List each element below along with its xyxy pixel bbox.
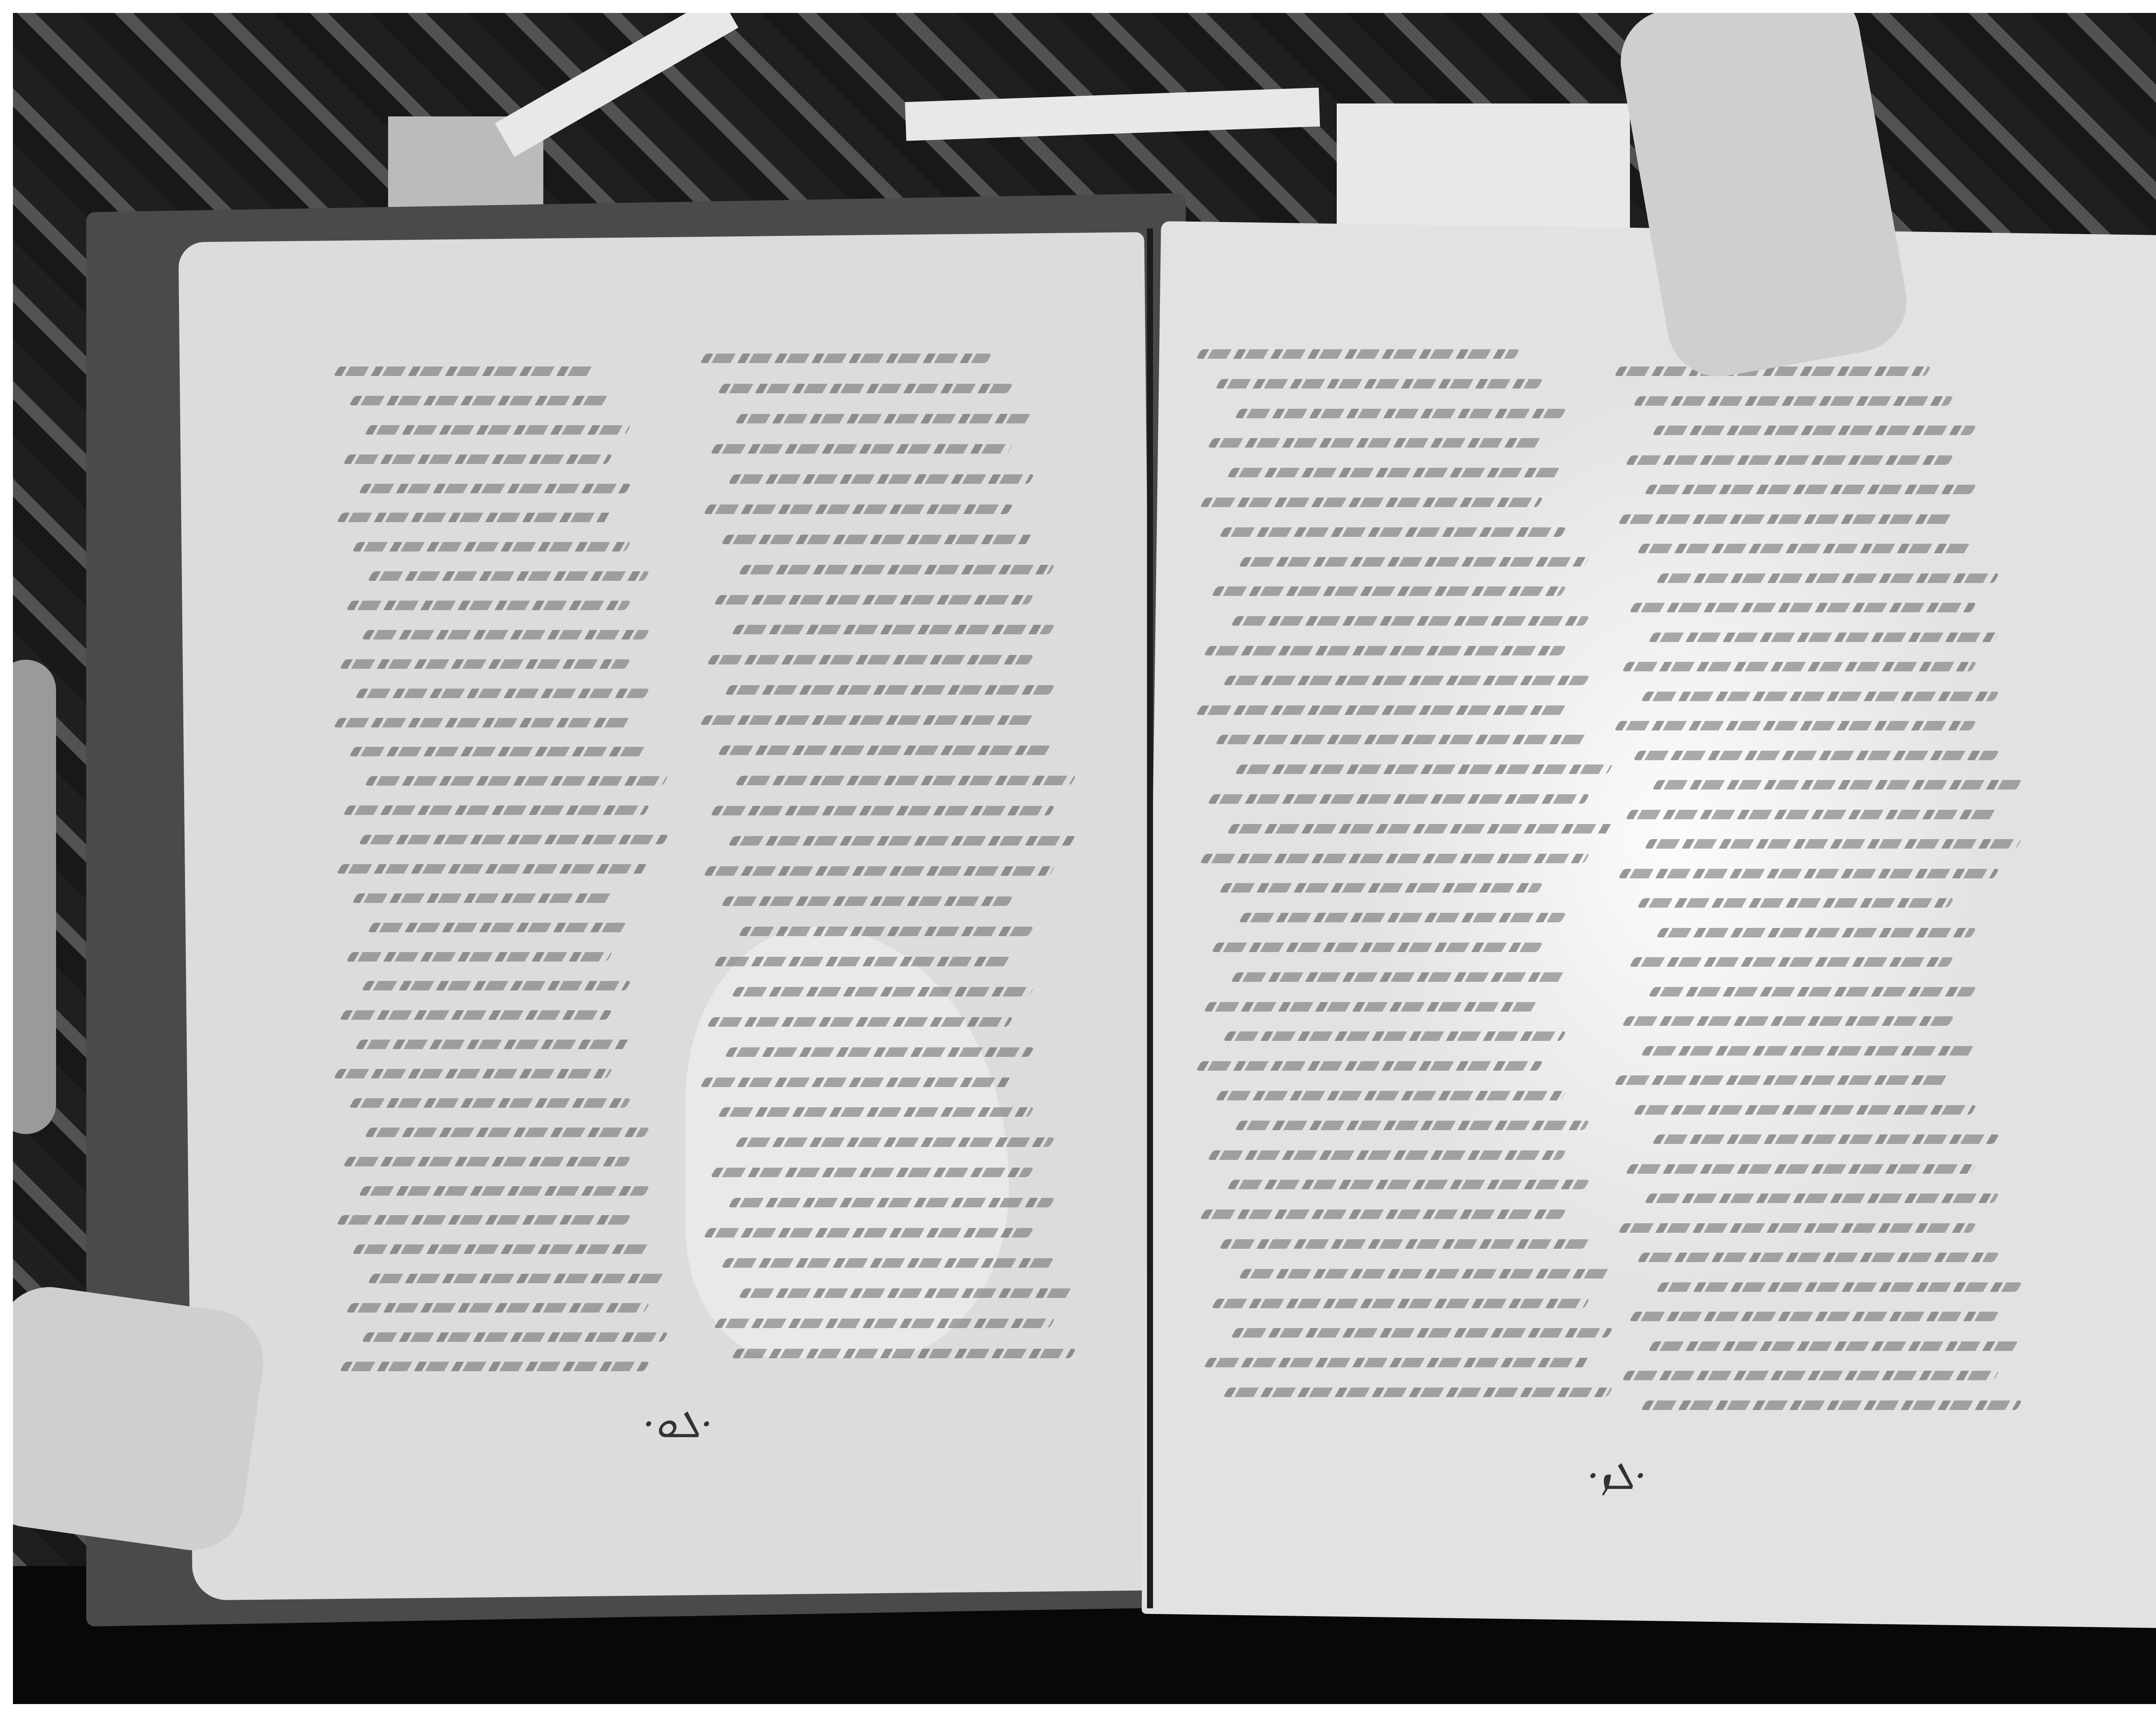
handwritten-line [700, 715, 1034, 725]
handwritten-line [735, 776, 1076, 785]
handwritten-line [724, 1047, 1034, 1057]
handwritten-line [349, 747, 650, 756]
handwritten-line [1633, 396, 1954, 406]
handwritten-line [700, 1078, 1013, 1087]
handwritten-line [1212, 943, 1543, 952]
handwritten-line [349, 396, 612, 405]
handwritten-line [1235, 1121, 1590, 1130]
handwritten-line [368, 571, 649, 581]
handwritten-line [361, 1332, 668, 1342]
handwritten-line [1223, 1388, 1613, 1397]
handwritten-line [732, 1349, 1076, 1358]
handwritten-line [1652, 780, 2022, 790]
handwritten-line [1212, 586, 1567, 596]
handwritten-line [1645, 839, 2022, 849]
handwritten-line [1626, 810, 1999, 819]
handwritten-line [1200, 1209, 1567, 1219]
handwritten-line [704, 866, 1055, 876]
handwritten-line [337, 864, 649, 874]
handwritten-line [1200, 854, 1590, 863]
handwritten-line [732, 987, 1034, 996]
handwritten-line [1641, 1046, 1976, 1056]
handwritten-line [1196, 705, 1567, 715]
handwritten-line [1231, 972, 1567, 982]
handwritten-line [1637, 1253, 1999, 1262]
handwritten-line [700, 354, 992, 363]
left-folio-mark: ·ܠܘ· [642, 1401, 713, 1447]
handwritten-line [711, 806, 1055, 815]
handwritten-line [1656, 928, 1976, 937]
handwritten-line [346, 1303, 649, 1313]
handwritten-line [1637, 544, 1976, 553]
handwritten-line [1208, 1150, 1567, 1160]
handwritten-line [1219, 1239, 1590, 1249]
handwritten-line [1633, 1105, 1977, 1115]
handwritten-line [1231, 1328, 1613, 1338]
right-folio-mark: ·ܠܙ· [1587, 1453, 1647, 1499]
left-page-column-1 [336, 367, 647, 1371]
handwritten-line [358, 1186, 649, 1196]
handwritten-line [1648, 633, 1999, 642]
handwritten-line [704, 504, 1013, 514]
handwritten-line [1648, 1341, 2022, 1351]
handwritten-line [1235, 409, 1567, 418]
handwritten-line [711, 1168, 1034, 1177]
handwritten-line [361, 981, 631, 990]
left-page-column-2 [703, 354, 1052, 1358]
handwritten-line [337, 1215, 631, 1225]
handwritten-line [1652, 426, 1977, 435]
handwritten-line [1204, 646, 1567, 655]
handwritten-line [1618, 869, 1999, 878]
hand-bottom-left [13, 1281, 270, 1557]
handwritten-line [352, 893, 612, 903]
handwritten-line [343, 805, 649, 815]
handwritten-line [358, 835, 668, 844]
handwritten-line [707, 655, 1034, 664]
book-gutter [1147, 229, 1153, 1608]
handwritten-line [1223, 1031, 1567, 1041]
handwritten-line [1633, 751, 1999, 760]
handwritten-line [365, 425, 631, 435]
handwritten-line [1216, 1091, 1567, 1100]
handwritten-line [728, 1198, 1055, 1207]
handwritten-line [1196, 1061, 1543, 1071]
handwritten-line [724, 685, 1055, 695]
handwritten-line [1641, 1401, 2022, 1410]
handwritten-line [346, 952, 612, 962]
handwritten-line [340, 659, 631, 669]
handwritten-line [337, 513, 612, 522]
handwritten-line [343, 1157, 631, 1166]
handwritten-line [1223, 676, 1590, 685]
handwritten-line [721, 896, 1013, 906]
handwritten-line [1227, 824, 1613, 833]
handwritten-line [1630, 603, 1977, 612]
handwritten-line [1216, 379, 1543, 389]
handwritten-line [340, 1362, 649, 1371]
handwritten-line [1614, 721, 1977, 730]
handwritten-line [1656, 573, 1999, 583]
handwritten-line [721, 1258, 1055, 1268]
handwritten-line [704, 1228, 1034, 1238]
handwritten-line [1227, 468, 1567, 477]
handwritten-line [1239, 913, 1567, 922]
handwritten-line [1630, 957, 1954, 967]
handwritten-line [718, 1107, 1034, 1117]
handwritten-line [1231, 616, 1590, 626]
handwritten-line [352, 1244, 649, 1254]
handwritten-line [1626, 1164, 1976, 1174]
handwritten-line [714, 1319, 1055, 1328]
handwritten-line [1645, 1194, 1999, 1203]
handwritten-line [355, 1040, 631, 1049]
handwritten-line [1219, 883, 1543, 893]
handwritten-line [735, 1137, 1055, 1147]
handwritten-line [1204, 1002, 1543, 1012]
handwritten-line [732, 625, 1055, 634]
handwritten-line [1227, 1180, 1590, 1189]
handwritten-line [1196, 349, 1520, 359]
handwritten-line [343, 454, 612, 464]
handwritten-line [1235, 765, 1613, 774]
handwritten-line [1614, 1075, 1954, 1085]
handwritten-line [1208, 438, 1543, 448]
handwritten-line [721, 535, 1034, 544]
handwritten-line [358, 484, 631, 493]
right-page-column-2 [1617, 367, 1996, 1410]
handwritten-line [1652, 1134, 1999, 1144]
photo-frame: ·ܠܘ· ·ܠܙ· [13, 13, 2156, 1704]
handwritten-line [1618, 1223, 1976, 1233]
handwritten-line [334, 367, 594, 376]
handwritten-line [735, 414, 1034, 423]
handwritten-line [1204, 1358, 1590, 1367]
handwritten-line [718, 746, 1055, 755]
handwritten-line [707, 1017, 1013, 1027]
handwritten-line [1622, 1016, 1953, 1026]
handwritten-line [718, 384, 1013, 393]
handwritten-line [368, 1274, 668, 1283]
right-page-column-1 [1199, 349, 1587, 1397]
handwritten-line [1641, 692, 1999, 701]
handwritten-line [728, 836, 1075, 846]
handwritten-line [1645, 485, 1976, 494]
handwritten-line [368, 923, 631, 932]
handwritten-line [1622, 1371, 1999, 1380]
handwritten-line [1239, 1269, 1613, 1278]
handwritten-line [1200, 498, 1543, 507]
handwritten-line [1216, 735, 1590, 744]
handwritten-line [1219, 527, 1567, 537]
handwritten-line [334, 1069, 612, 1078]
handwritten-line [1614, 367, 1931, 376]
handwritten-line [334, 718, 631, 727]
handwritten-line [1618, 514, 1953, 524]
hand-left-edge [13, 660, 56, 1134]
handwritten-line [1656, 1282, 2022, 1292]
handwritten-line [365, 776, 668, 786]
handwritten-line [1239, 557, 1590, 567]
handwritten-line [739, 1288, 1076, 1298]
handwritten-line [739, 565, 1055, 574]
handwritten-line [355, 689, 649, 698]
handwritten-line [728, 474, 1034, 484]
handwritten-line [1648, 987, 1977, 996]
handwritten-line [739, 927, 1034, 936]
handwritten-line [1626, 455, 1954, 465]
handwritten-line [361, 630, 649, 639]
handwritten-line [1637, 898, 1953, 908]
handwritten-line [365, 1128, 650, 1137]
handwritten-line [346, 601, 631, 610]
handwritten-line [711, 444, 1013, 454]
handwritten-line [352, 542, 631, 551]
handwritten-line [340, 1010, 612, 1020]
handwritten-line [1630, 1312, 1999, 1321]
handwritten-line [1208, 794, 1590, 804]
handwritten-line [1212, 1299, 1590, 1308]
handwritten-line [714, 595, 1034, 605]
handwritten-line [714, 957, 1013, 966]
handwritten-line [1622, 662, 1976, 671]
handwritten-line [349, 1098, 631, 1108]
